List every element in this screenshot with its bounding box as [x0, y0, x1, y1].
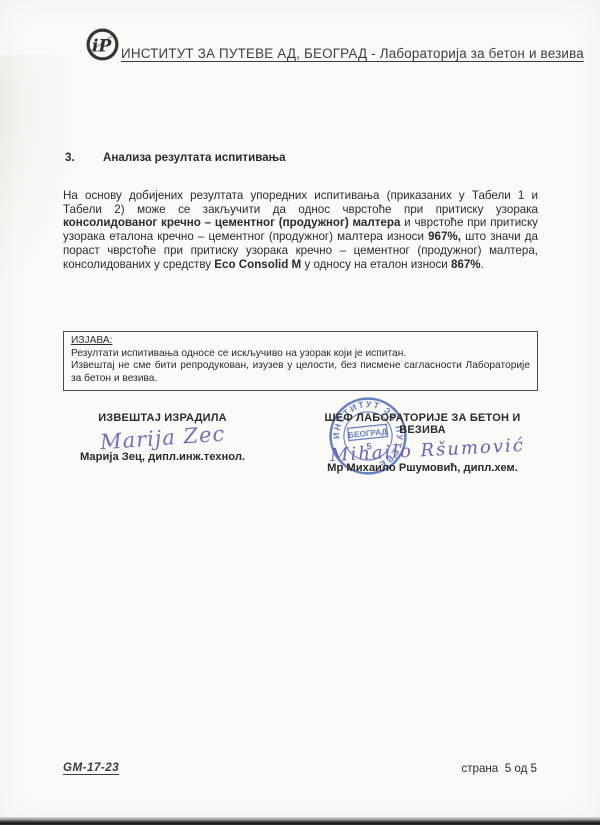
paragraph-bold-mortar: консолидованог кречно – цементног (проду… — [63, 216, 400, 229]
paragraph-bold-product: Eco Consolid M — [214, 258, 301, 271]
author-handwritten-signature: Marija Zec — [99, 422, 226, 455]
scan-bottom-edge — [0, 817, 600, 825]
head-role-label: ШЕФ ЛАБОРАТОРИЈЕ ЗА БЕТОН И ВЕЗИВА — [300, 412, 545, 436]
statement-line-2: Извештај не сме бити репродукован, изузе… — [71, 360, 530, 385]
logo-monogram: iP — [92, 37, 112, 57]
scan-artifact — [0, 55, 90, 315]
header-title: ИНСТИТУТ ЗА ПУТЕВЕ АД, БЕОГРАД - Лаборат… — [121, 46, 584, 62]
section-heading: 3.Анализа резултата испитивања — [65, 151, 286, 164]
page-number-label: страна 5 од 5 — [461, 762, 537, 775]
scanned-report-page: iP ИНСТИТУТ ЗА ПУТЕВЕ АД, БЕОГРАД - Лабо… — [0, 0, 600, 825]
header: iP ИНСТИТУТ ЗА ПУТЕВЕ АД, БЕОГРАД - Лабо… — [85, 27, 545, 62]
paragraph-text: . — [481, 258, 484, 271]
head-name: Мр Михаило Ршумовић, дипл.хем. — [300, 462, 545, 474]
author-role-label: ИЗВЕШТАЈ ИЗРАДИЛА — [55, 412, 270, 424]
author-name: Марија Зец, дипл.инж.технол. — [55, 451, 270, 463]
section-number: 3. — [65, 151, 103, 164]
signature-block-head: ШЕФ ЛАБОРАТОРИЈЕ ЗА БЕТОН И ВЕЗИВА Mihai… — [300, 412, 545, 474]
paragraph-text: у односу на еталон износи — [301, 258, 451, 271]
document-code: GM-17-23 — [63, 761, 119, 774]
paragraph-text: На основу добијених резултата упоредних … — [63, 189, 538, 216]
institute-logo-icon: iP — [85, 27, 120, 62]
statement-title: ИЗЈАВА: — [71, 335, 530, 348]
statement-box: ИЗЈАВА: Резултати испитивања односе се и… — [63, 331, 538, 391]
section-title: Анализа резултата испитивања — [103, 151, 286, 164]
statement-line-1: Резултати испитивања односе се искључиво… — [71, 348, 530, 361]
paragraph-bold-967: 967%, — [428, 230, 461, 243]
paragraph-bold-867: 867% — [451, 258, 481, 271]
analysis-paragraph: На основу добијених резултата упоредних … — [63, 189, 538, 271]
signature-block-author: ИЗВЕШТАЈ ИЗРАДИЛА Marija Zec Марија Зец,… — [55, 412, 270, 463]
